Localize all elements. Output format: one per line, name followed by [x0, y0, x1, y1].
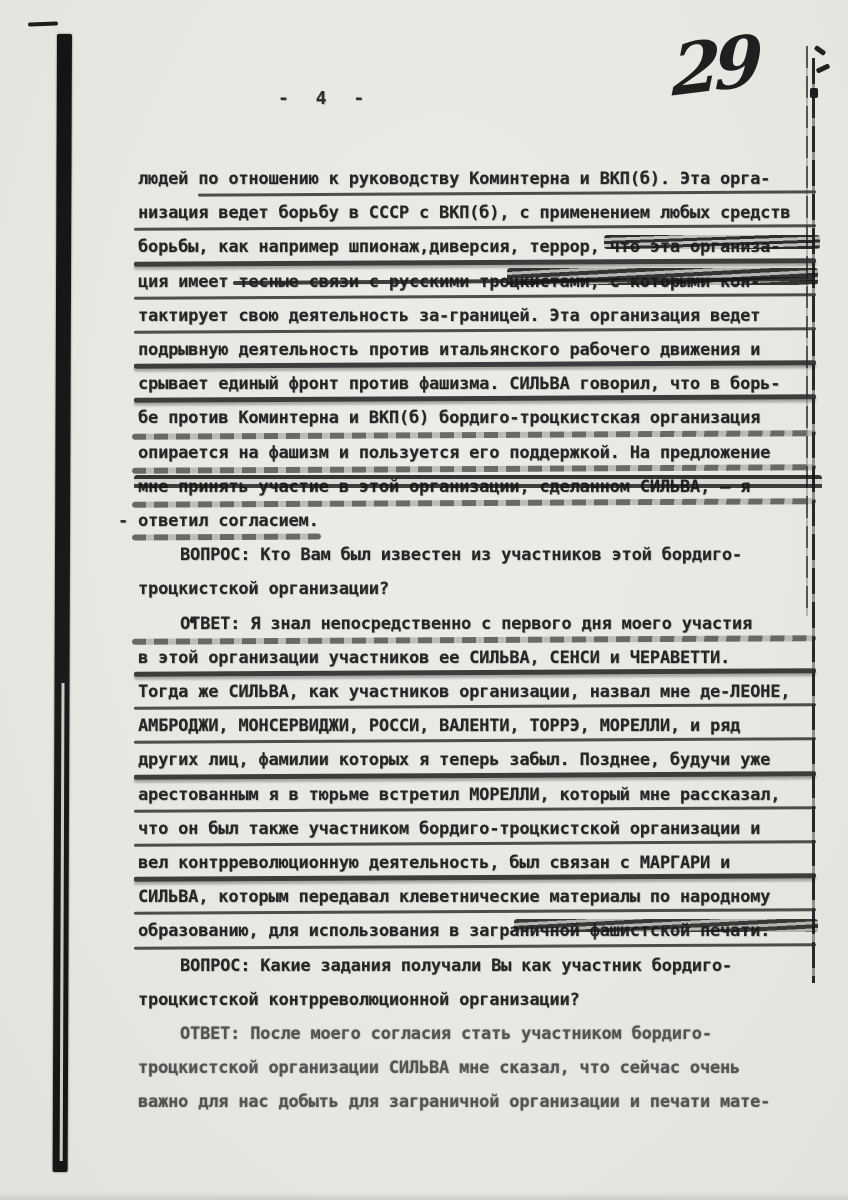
- answer-line: образованию, для использования в заграни…: [138, 914, 814, 948]
- answer-line: что он был также участником бордиго-троц…: [138, 812, 814, 846]
- scan-top-left-mark: [28, 21, 58, 26]
- testimony-line: низация ведет борьбу в СССР с ВКП(б), с …: [138, 196, 814, 230]
- answer-line: ОТВЕТ: Я знал непосредственно с первого …: [138, 607, 814, 641]
- scan-bottom-shadow: [0, 1192, 848, 1200]
- scan-right-edge-mark: [810, 88, 818, 98]
- question-line: ВОПРОС: Кто Вам был известен из участник…: [138, 538, 814, 572]
- testimony-line: бе против Коминтерна и ВКП(б) бордиго-тр…: [138, 401, 814, 435]
- answer-line: ОТВЕТ: После моего согласия стать участн…: [138, 1017, 814, 1051]
- answer-line: троцкистской организации СИЛЬВА мне сказ…: [138, 1051, 814, 1085]
- answer-line: СИЛЬВА, которым передавал клеветнические…: [138, 880, 814, 914]
- question-line: троцкистской организации?: [138, 572, 814, 606]
- ink-strike-overlay: [604, 235, 820, 249]
- testimony-line: тактирует свою деятельность за-границей.…: [138, 299, 814, 333]
- typed-page-number: - 4 -: [278, 88, 372, 109]
- answer-line: Тогда же СИЛЬВА, как участников организа…: [138, 675, 814, 709]
- scan-left-edge-bar: [53, 34, 72, 1172]
- testimony-line: опирается на фашизм и пользуется его под…: [138, 436, 814, 470]
- answer-line: арестованным я в тюрьме встретил МОРЕЛЛИ…: [138, 778, 814, 812]
- testimony-line: подрывную деятельность против итальянско…: [138, 333, 814, 367]
- answer-line: в этой организации участников ее СИЛЬВА,…: [138, 641, 814, 675]
- handwritten-folio-number: 29: [672, 18, 758, 112]
- scan-right-edge-mark: [814, 45, 827, 56]
- ink-strike-overlay: [514, 919, 818, 932]
- testimony-line: ция имеет тесные связи с русскими троцки…: [138, 265, 814, 299]
- question-line: троцкистской контрреволюционной организа…: [138, 983, 814, 1017]
- answer-line: АМБРОДЖИ, МОНСЕРВИДЖИ, РОССИ, ВАЛЕНТИ, Т…: [138, 709, 814, 743]
- testimony-line: людей по отношению к руководству Коминте…: [138, 162, 814, 196]
- answer-line: важно для нас добыть для заграничной орг…: [138, 1085, 814, 1119]
- ink-strike-overlay: [134, 475, 822, 490]
- question-line: ВОПРОС: Какие задания получали Вы как уч…: [138, 949, 814, 983]
- testimony-line: срывает единый фронт против фашизма. СИЛ…: [138, 367, 814, 401]
- answer-line: других лиц, фамилии которых я теперь заб…: [138, 743, 814, 777]
- testimony-line: ответил согласием.-: [138, 504, 319, 538]
- scan-right-edge-mark: [816, 63, 831, 73]
- margin-bullet-mark: •: [146, 605, 196, 639]
- document-scan-page: 29 - 4 - людей по отношению к руководств…: [0, 0, 848, 1200]
- ink-strike-overlay: [507, 268, 818, 285]
- document-body: людей по отношению к руководству Коминте…: [138, 162, 814, 1120]
- testimony-line: борьбы, как например шпионаж,диверсия, т…: [138, 230, 814, 264]
- margin-dash-mark: -: [118, 504, 128, 538]
- answer-line: вел контрреволюционную деятельность, был…: [138, 846, 814, 880]
- testimony-line: мне принять участие в этой организации, …: [138, 470, 814, 504]
